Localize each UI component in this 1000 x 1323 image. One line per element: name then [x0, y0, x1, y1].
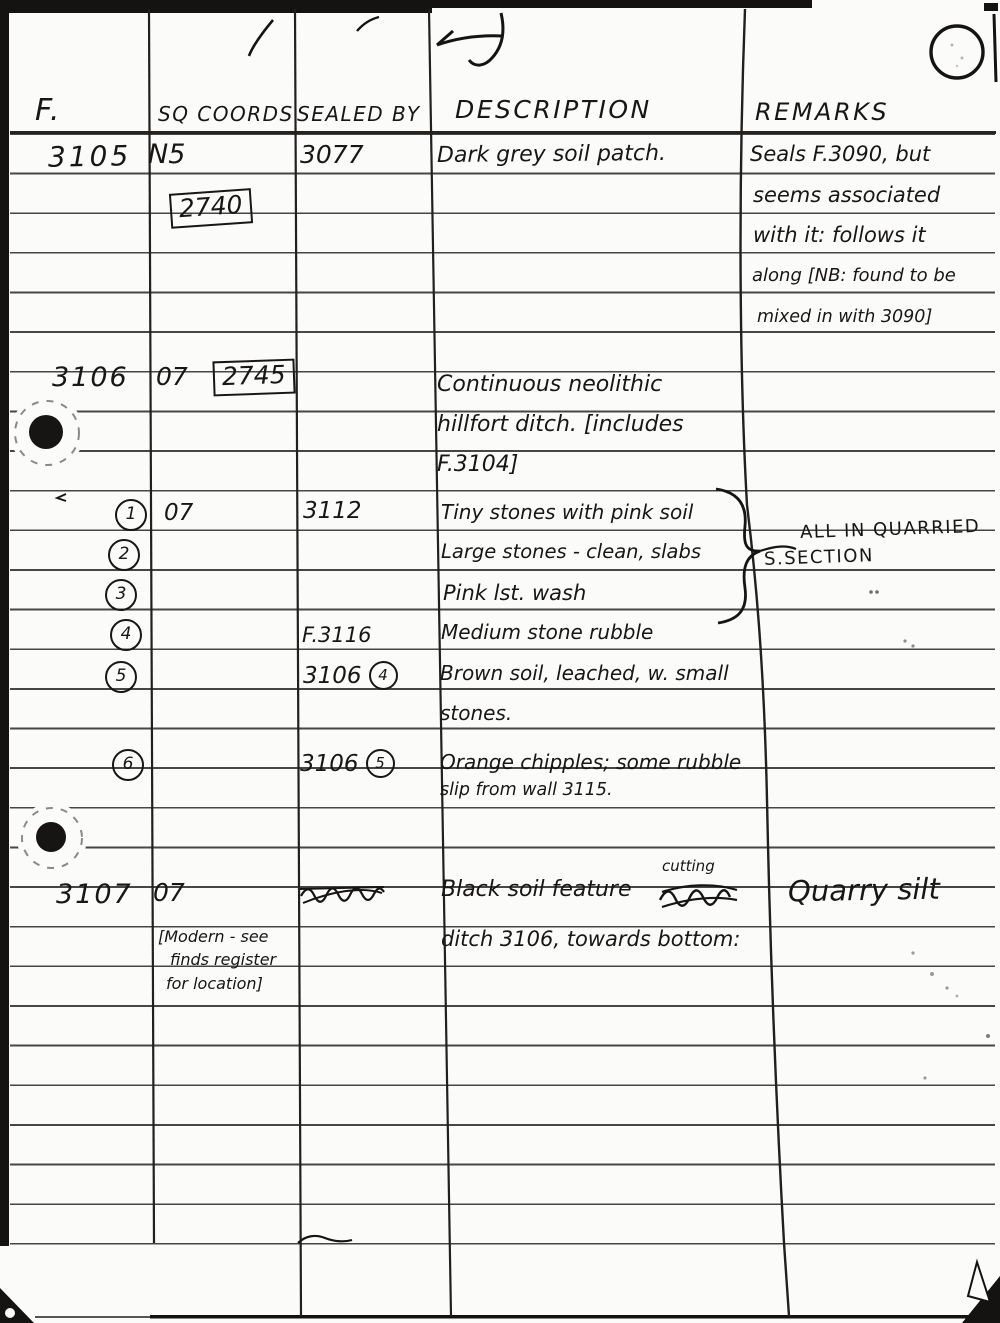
inserted-word: cutting	[662, 858, 715, 875]
circled-number: 1	[115, 499, 147, 531]
circled-number: 3	[105, 579, 137, 611]
circled-number: 5	[366, 749, 395, 778]
sq-coords-note: finds register	[170, 951, 276, 969]
description-line: Brown soil, leached, w. small	[440, 662, 729, 685]
column-header-description: DESCRIPTION	[455, 96, 652, 125]
circled-number: 2	[108, 539, 140, 571]
description-line: ditch 3106, towards bottom:	[441, 927, 740, 951]
hole-punch-icon	[17, 803, 87, 873]
description-line: Dark grey soil patch.	[437, 141, 666, 168]
circled-number: 5	[105, 661, 137, 693]
sealed-by-value: 31064	[303, 663, 398, 693]
description-line: Medium stone rubble	[441, 621, 653, 644]
circled-number: 6	[112, 749, 144, 781]
description-line: Continuous neolithic	[437, 372, 662, 397]
description-line: Tiny stones with pink soil	[441, 501, 693, 524]
column-header-sq-coords: SQ COORDS	[158, 103, 294, 126]
boxed-number: 2745	[212, 359, 295, 397]
scanned-register-page: F. SQ COORDS SEALED BY DESCRIPTION REMAR…	[0, 0, 1000, 1323]
feature-number: 3107	[56, 879, 133, 910]
sealed-by-value: 31065	[300, 751, 395, 781]
remarks-line: Quarry silt	[788, 873, 940, 909]
circled-number: 4	[110, 619, 142, 651]
sq-coords-value: 07	[164, 500, 193, 526]
sq-coords-note: [Modern - see	[158, 928, 269, 946]
pen-doodles	[249, 13, 503, 65]
sq-coords-value: 07	[153, 879, 185, 908]
sealed-by-value: F.3116	[302, 623, 372, 647]
circled-number: 4	[369, 661, 398, 690]
scan-specks	[57, 494, 990, 1243]
sq-coords-value: 07	[156, 363, 188, 392]
description-line: Black soil feature	[441, 877, 632, 902]
sealed-by-ref: 3106	[300, 751, 359, 777]
remarks-line: Seals F.3090, but	[750, 142, 930, 166]
column-header-sealed-by: SEALED BY	[297, 103, 421, 126]
description-line: hillfort ditch. [includes	[437, 412, 684, 437]
sq-coords-note: for location]	[166, 975, 263, 993]
corner-notch	[5, 1308, 15, 1318]
column-header-feature: F.	[35, 94, 61, 129]
sealed-by-value: 3077	[300, 141, 364, 170]
scribbled-out-word	[660, 885, 737, 907]
edge-mark	[994, 14, 996, 82]
description-line: stones.	[440, 702, 512, 725]
sealed-by-value: 3112	[303, 498, 362, 524]
margin-annotation: S.SECTION	[764, 546, 875, 571]
scribbled-out-text	[300, 887, 384, 903]
description-line: Orange chipples; some rubble	[440, 751, 741, 774]
description-line: slip from wall 3115.	[440, 780, 613, 800]
corner-flap	[968, 1262, 990, 1302]
feature-number: 3105	[48, 140, 132, 174]
description-line: Large stones - clean, slabs	[441, 541, 701, 563]
remarks-line: along [NB: found to be	[752, 266, 956, 287]
description-line: Pink lst. wash	[443, 581, 586, 605]
boxed-number: 2740	[169, 188, 253, 228]
remarks-line: mixed in with 3090]	[757, 307, 932, 327]
feature-number: 3106	[52, 362, 129, 393]
sq-coords-value: N5	[148, 139, 185, 170]
description-line: F.3104]	[437, 452, 518, 477]
sealed-by-ref: 3106	[303, 663, 362, 689]
column-header-remarks: REMARKS	[755, 99, 889, 127]
circle-doodle	[931, 26, 983, 78]
hole-punch-icon	[10, 396, 84, 470]
remarks-line: with it: follows it	[753, 223, 926, 247]
remarks-line: seems associated	[753, 183, 940, 207]
